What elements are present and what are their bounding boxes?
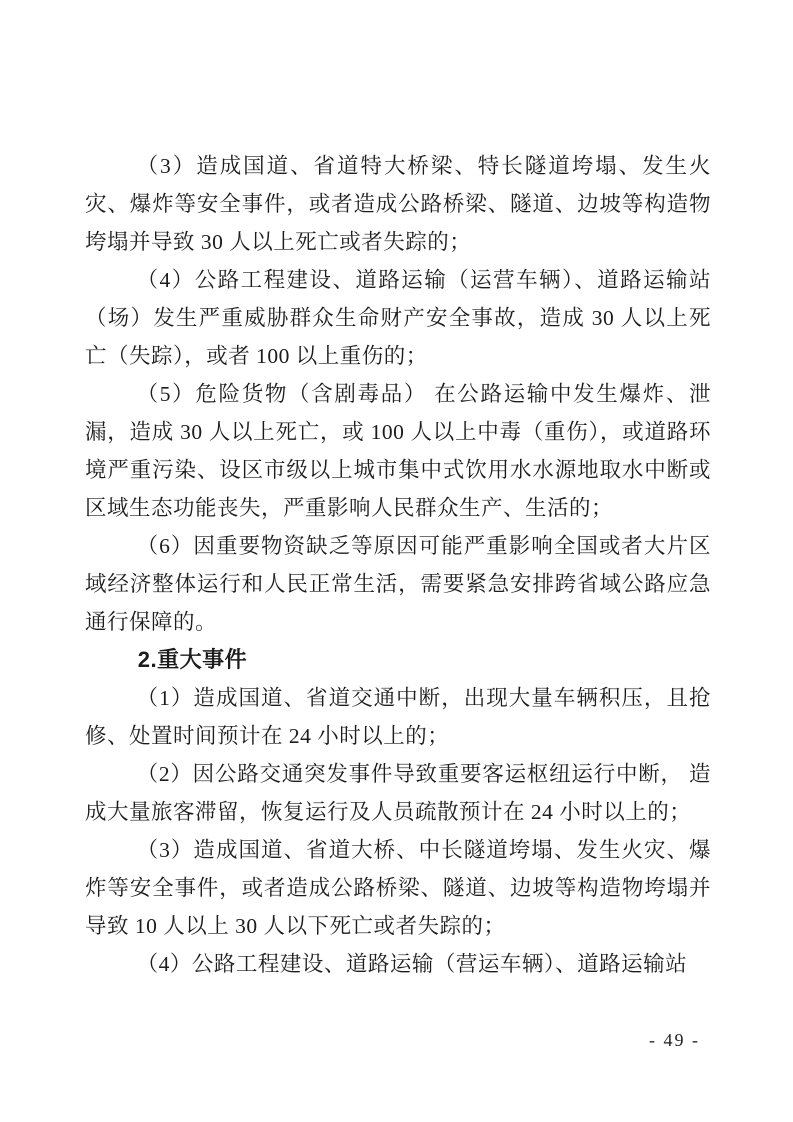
- section2-heading: 2.重大事件: [85, 641, 711, 679]
- section1-item-4: （4）公路工程建设、道路运输（运营车辆）、道路运输站（场）发生严重威胁群众生命财…: [85, 261, 711, 375]
- page-number: - 49 -: [649, 1028, 700, 1052]
- section1-item-5: （5）危险货物（含剧毒品） 在公路运输中发生爆炸、泄漏，造成 30 人以上死亡，…: [85, 375, 711, 527]
- section1-item-3: （3）造成国道、省道特大桥梁、特长隧道垮塌、发生火灾、爆炸等安全事件，或者造成公…: [85, 147, 711, 261]
- section1-item-6: （6）因重要物资缺乏等原因可能严重影响全国或者大片区域经济整体运行和人民正常生活…: [85, 527, 711, 641]
- section2-item-4: （4）公路工程建设、道路运输（营运车辆）、道路运输站: [85, 945, 711, 983]
- document-page: （3）造成国道、省道特大桥梁、特长隧道垮塌、发生火灾、爆炸等安全事件，或者造成公…: [0, 0, 793, 1122]
- section2-item-2: （2）因公路交通突发事件导致重要客运枢纽运行中断， 造成大量旅客滞留，恢复运行及…: [85, 755, 711, 831]
- section2-item-1: （1）造成国道、省道交通中断，出现大量车辆积压，且抢修、处置时间预计在 24 小…: [85, 679, 711, 755]
- section2-item-3: （3）造成国道、省道大桥、中长隧道垮塌、发生火灾、爆炸等安全事件，或者造成公路桥…: [85, 831, 711, 945]
- document-body: （3）造成国道、省道特大桥梁、特长隧道垮塌、发生火灾、爆炸等安全事件，或者造成公…: [85, 147, 711, 983]
